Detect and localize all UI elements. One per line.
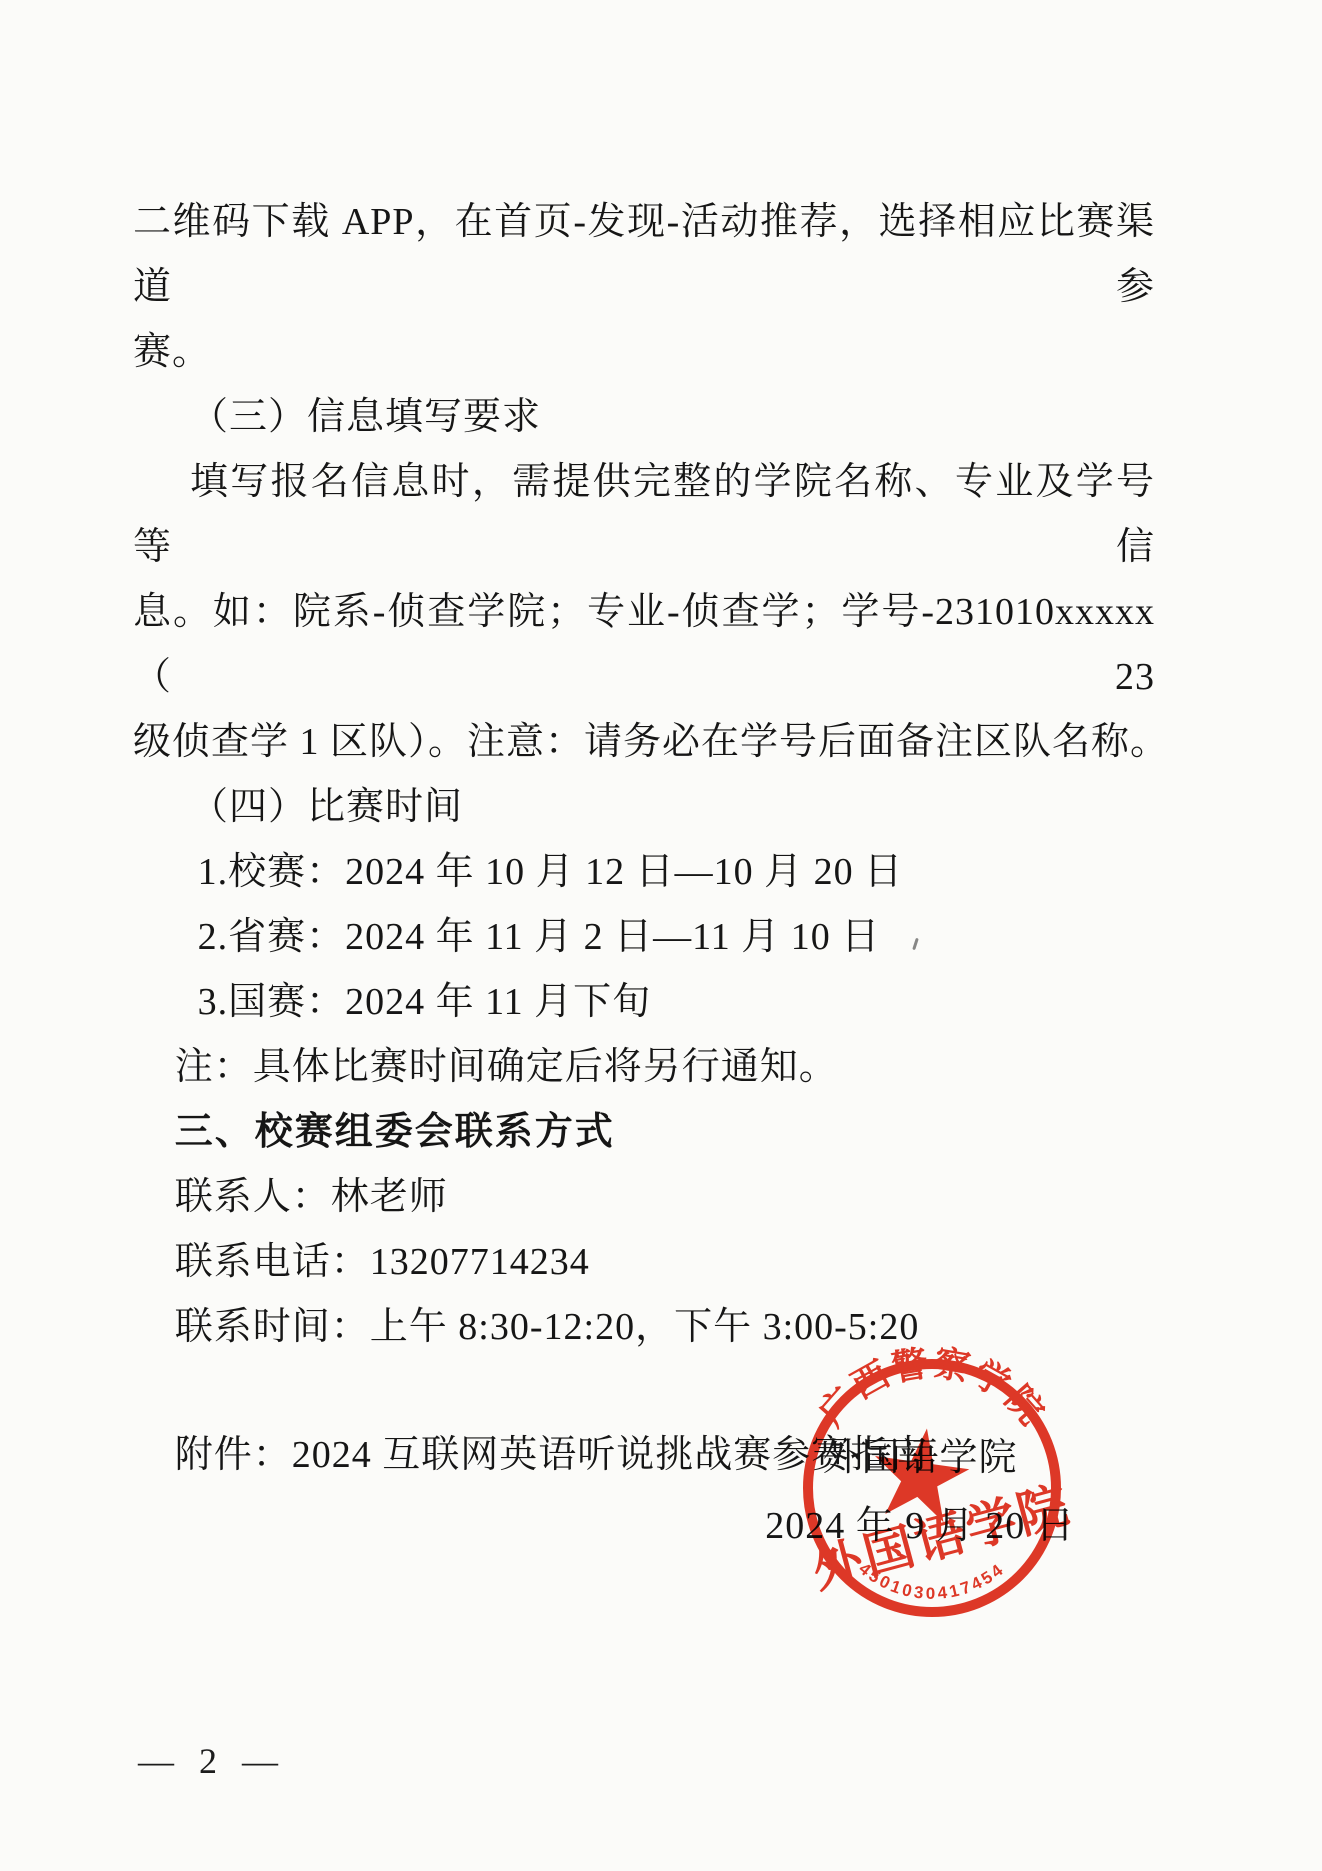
document-body: 二维码下载 APP，在首页-发现-活动推荐，选择相应比赛渠道参 赛。 （三）信息… — [133, 190, 1155, 1488]
paragraph-line: 填写报名信息时，需提供完整的学院名称、专业及学号等信 — [133, 450, 1155, 580]
paragraph-line: 赛。 — [133, 320, 1155, 385]
note-line: 注：具体比赛时间确定后将另行通知。 — [133, 1035, 1155, 1100]
contact-section-heading: 三、校赛组委会联系方式 — [133, 1100, 1155, 1165]
seal-dept-label: 外国语学院 — [806, 1476, 1076, 1599]
contact-phone-line: 联系电话：13207714234 — [133, 1230, 1155, 1295]
list-item-national-round: 3.国赛：2024 年 11 月下旬 — [133, 970, 1155, 1035]
list-item-province-round: 2.省赛：2024 年 11 月 2 日—11 月 10 日 — [133, 905, 1155, 970]
seal-arc-label: 广西警察学院 — [811, 1342, 1054, 1434]
page-number: — 2 — — [138, 1740, 286, 1782]
paragraph-line: 息。如：院系-侦查学院；专业-侦查学；学号-231010xxxxx（23 — [133, 580, 1155, 710]
contact-person-line: 联系人：林老师 — [133, 1165, 1155, 1230]
official-seal: 广西警察学院 外国语学院 4501030417454 — [752, 1308, 1112, 1668]
section-heading-3: （三）信息填写要求 — [133, 385, 1155, 450]
paragraph-line: 级侦查学 1 区队）。注意：请务必在学号后面备注区队名称。 — [133, 710, 1155, 775]
svg-text:广西警察学院: 广西警察学院 — [811, 1342, 1054, 1434]
section-heading-4: （四）比赛时间 — [133, 775, 1155, 840]
list-item-school-round: 1.校赛：2024 年 10 月 12 日—10 月 20 日 — [133, 840, 1155, 905]
paragraph-line: 二维码下载 APP，在首页-发现-活动推荐，选择相应比赛渠道参 — [133, 190, 1155, 320]
document-page: 二维码下载 APP，在首页-发现-活动推荐，选择相应比赛渠道参 赛。 （三）信息… — [0, 0, 1322, 1871]
